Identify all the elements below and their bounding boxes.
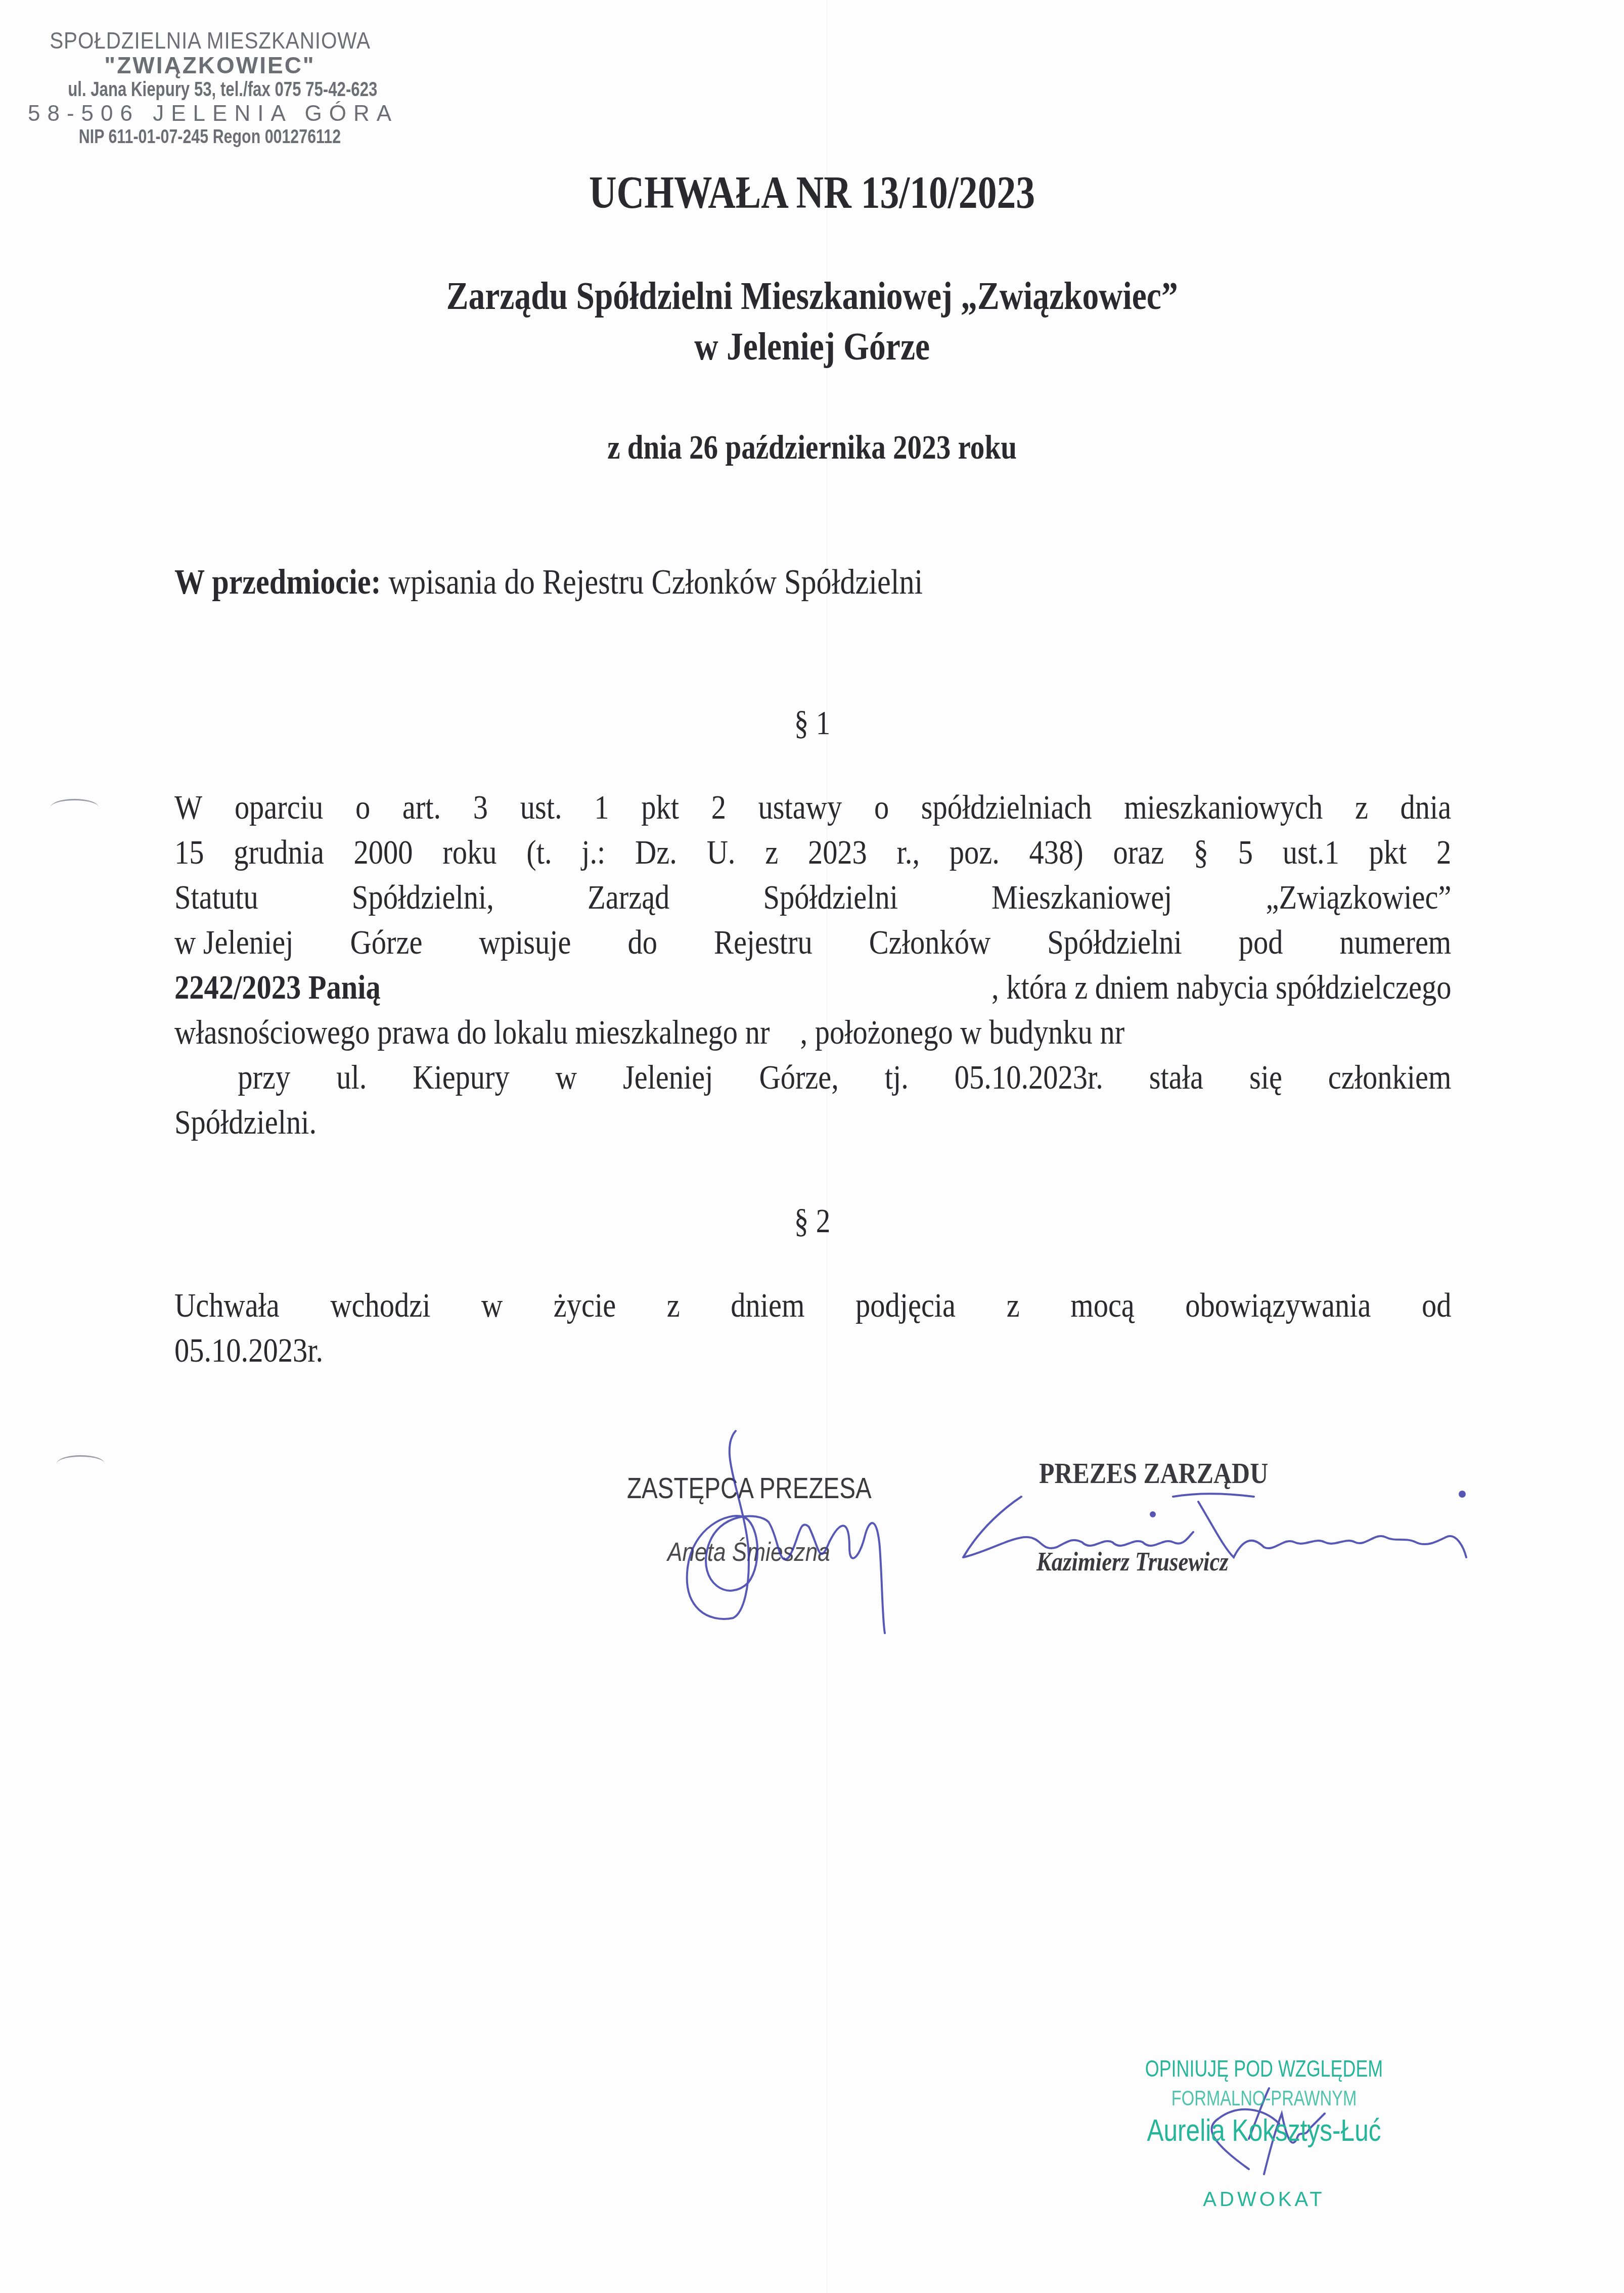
word: 2000: [354, 830, 413, 875]
word: dnia: [1401, 785, 1452, 830]
section-2-body: Uchwaławchodziwżyciezdniempodjęciazmocąo…: [174, 1283, 1451, 1373]
paragraph-line-text: przyul.KiepurywJeleniejGórze,tj.05.10.20…: [174, 1055, 1451, 1100]
word: Uchwała: [174, 1283, 280, 1328]
paragraph-line-text: w JeleniejGórzewpisujedoRejestruCzłonków…: [174, 920, 1451, 965]
word: podjęcia: [855, 1283, 956, 1328]
word: art.: [402, 785, 441, 830]
word: wpisuje: [479, 920, 571, 965]
word: pod: [1239, 920, 1283, 965]
paragraph-line-text: 15grudnia2000roku(t.j.:Dz.U.z2023r.,poz.…: [174, 830, 1451, 875]
stamp-nip-regon: NIP 611-01-07-245 Regon 001276112: [64, 126, 355, 148]
document-subtitle: Zarządu Spółdzielni Mieszkaniowej „Związ…: [0, 273, 1624, 319]
paragraph-line: własnościowego prawa do lokalu mieszkaln…: [174, 1010, 1451, 1055]
word: z: [765, 830, 778, 875]
word: Mieszkaniowej: [991, 875, 1172, 920]
stamp-line-2: "ZWIĄZKOWIEC": [28, 53, 392, 77]
word: 1: [594, 785, 609, 830]
signature-left-scribble: [687, 1431, 885, 1633]
word: poz.: [950, 830, 1000, 875]
text: własnościowego prawa do lokalu mieszkaln…: [174, 1010, 770, 1055]
stamp-city: 58-506 JELENIA GÓRA: [28, 102, 392, 126]
section-1-sign: § 1: [0, 703, 1624, 743]
word: 3: [473, 785, 488, 830]
word: tj.: [885, 1055, 909, 1100]
text: , która z dniem nabycia spółdzielczego: [991, 965, 1451, 1010]
stamp-line-1: SPOŁDZIELNIA MIESZKANIOWA: [50, 28, 370, 53]
redacted-name: [626, 965, 746, 1010]
redacted-building-number: [174, 1055, 192, 1100]
paragraph-line-text: 2242/2023 Panią, która z dniem nabycia s…: [174, 965, 1451, 1010]
legal-stamp-line-1: OPINIUJĘ POD WZGLĘDEM: [1126, 2053, 1402, 2084]
word: Członków: [869, 920, 990, 965]
word: dniem: [731, 1283, 804, 1328]
word: ust.: [520, 785, 562, 830]
paragraph-line: Uchwaławchodziwżyciezdniempodjęciazmocąo…: [174, 1283, 1451, 1328]
word: Spółdzielni,: [352, 875, 494, 920]
word: „Związkowiec”: [1266, 875, 1451, 920]
word: mocą: [1070, 1283, 1135, 1328]
paragraph-line: Woparciuoart.3ust.1pkt2ustawyospółdzieln…: [174, 785, 1451, 830]
paragraph-line-text: StatutuSpółdzielni,ZarządSpółdzielniMies…: [174, 875, 1451, 920]
word: roku: [442, 830, 497, 875]
text: , położonego w budynku nr: [800, 1010, 1125, 1055]
word: r.,: [897, 830, 920, 875]
word: o: [355, 785, 370, 830]
paragraph-line-text: własnościowego prawa do lokalu mieszkaln…: [174, 1010, 1451, 1055]
word: mieszkaniowych: [1124, 785, 1323, 830]
word: 438): [1029, 830, 1084, 875]
word: Spółdzielni: [763, 875, 898, 920]
legal-opinion-stamp: OPINIUJĘ POD WZGLĘDEM FORMALNO-PRAWNYM A…: [1087, 2053, 1441, 2215]
word: Rejestru: [714, 920, 813, 965]
document-subtitle-city: w Jeleniej Górze: [0, 324, 1624, 369]
word: o: [874, 785, 889, 830]
member-number: 2242/2023 Panią: [174, 965, 381, 1010]
subject-label: W przedmiocie:: [174, 563, 381, 602]
word: Dz.: [635, 830, 677, 875]
signature-right-title: PREZES ZARZĄDU: [1039, 1456, 1268, 1490]
paragraph-line-text: 05.10.2023r.: [174, 1328, 1451, 1373]
signature-left-name: Aneta Śmieszna: [667, 1537, 830, 1567]
word: (t.: [526, 830, 552, 875]
word: Górze,: [759, 1055, 838, 1100]
word: z: [1355, 785, 1368, 830]
section-2-sign: § 2: [0, 1201, 1624, 1241]
word: 05.10.2023r.: [955, 1055, 1103, 1100]
paragraph-line: 2242/2023 Panią, która z dniem nabycia s…: [174, 965, 1451, 1010]
legal-stamp-name: Aurelia Koksztys-Łuć: [1122, 2112, 1406, 2149]
punch-hole-mark: [57, 1455, 105, 1472]
word: oparciu: [235, 785, 323, 830]
word: Spółdzielni: [1047, 920, 1182, 965]
subject-text: wpisania do Rejestru Członków Spółdzieln…: [381, 563, 923, 602]
word: oraz: [1113, 830, 1164, 875]
word: do: [627, 920, 657, 965]
word: wchodzi: [330, 1283, 430, 1328]
word: Kiepury: [413, 1055, 510, 1100]
document-title: UCHWAŁA NR 13/10/2023: [0, 167, 1624, 219]
word: pkt: [641, 785, 679, 830]
word: w Jeleniej: [174, 920, 293, 965]
word: ul.: [336, 1055, 367, 1100]
word: 2: [711, 785, 726, 830]
word: życie: [554, 1283, 616, 1328]
word: członkiem: [1328, 1055, 1452, 1100]
document-date: z dnia 26 października 2023 roku: [0, 427, 1624, 467]
word: j.:: [581, 830, 605, 875]
word: §: [1194, 830, 1208, 875]
stamp-address: ul. Jana Kiepury 53, tel./fax 075 75-42-…: [68, 77, 352, 102]
paragraph-line-text: Woparciuoart.3ust.1pkt2ustawyospółdzieln…: [174, 785, 1451, 830]
word: z: [1007, 1283, 1020, 1328]
organization-stamp: SPOŁDZIELNIA MIESZKANIOWA "ZWIĄZKOWIEC" …: [28, 28, 392, 148]
punch-hole-mark: [51, 799, 99, 816]
word: od: [1422, 1283, 1451, 1328]
word: 15: [174, 830, 204, 875]
paragraph-line: 05.10.2023r.: [174, 1328, 1451, 1373]
word: Górze: [350, 920, 423, 965]
legal-stamp-role: ADWOKAT: [1087, 2184, 1441, 2215]
signature-right-name: Kazimierz Trusewicz: [1036, 1547, 1229, 1577]
word: 2: [1436, 830, 1451, 875]
word: w: [481, 1283, 503, 1328]
word: 5: [1238, 830, 1253, 875]
word: grudnia: [234, 830, 324, 875]
word: Statutu: [174, 875, 258, 920]
signature-left-title: ZASTĘPCA PREZESA: [627, 1471, 872, 1505]
word: 2023: [808, 830, 867, 875]
word: numerem: [1340, 920, 1452, 965]
paragraph-line-text: Spółdzielni.: [174, 1100, 1451, 1145]
word: spółdzielniach: [921, 785, 1092, 830]
word: ustawy: [758, 785, 842, 830]
word: przy: [238, 1055, 290, 1100]
paragraph-line: Spółdzielni.: [174, 1100, 1451, 1145]
word: W: [174, 785, 202, 830]
word: U.: [707, 830, 736, 875]
paragraph-line: StatutuSpółdzielni,ZarządSpółdzielniMies…: [174, 875, 1451, 920]
word: ust.1: [1283, 830, 1339, 875]
subject-line: W przedmiocie: wpisania do Rejestru Czło…: [174, 562, 923, 603]
paragraph-line: w JeleniejGórzewpisujedoRejestruCzłonków…: [174, 920, 1451, 965]
word: z: [667, 1283, 680, 1328]
word: stała: [1149, 1055, 1203, 1100]
word: obowiązywania: [1185, 1283, 1371, 1328]
paragraph-line: przyul.KiepurywJeleniejGórze,tj.05.10.20…: [174, 1055, 1451, 1100]
section-1-body: Woparciuoart.3ust.1pkt2ustawyospółdzieln…: [174, 785, 1451, 1145]
legal-stamp-line-2: FORMALNO-PRAWNYM: [1126, 2084, 1402, 2112]
word: Zarząd: [588, 875, 669, 920]
word: Jeleniej: [623, 1055, 713, 1100]
word: się: [1249, 1055, 1282, 1100]
word: w: [556, 1055, 577, 1100]
paragraph-line-text: Uchwaławchodziwżyciezdniempodjęciazmocąo…: [174, 1283, 1451, 1328]
paragraph-line: 15grudnia2000roku(t.j.:Dz.U.z2023r.,poz.…: [174, 830, 1451, 875]
word: pkt: [1369, 830, 1407, 875]
